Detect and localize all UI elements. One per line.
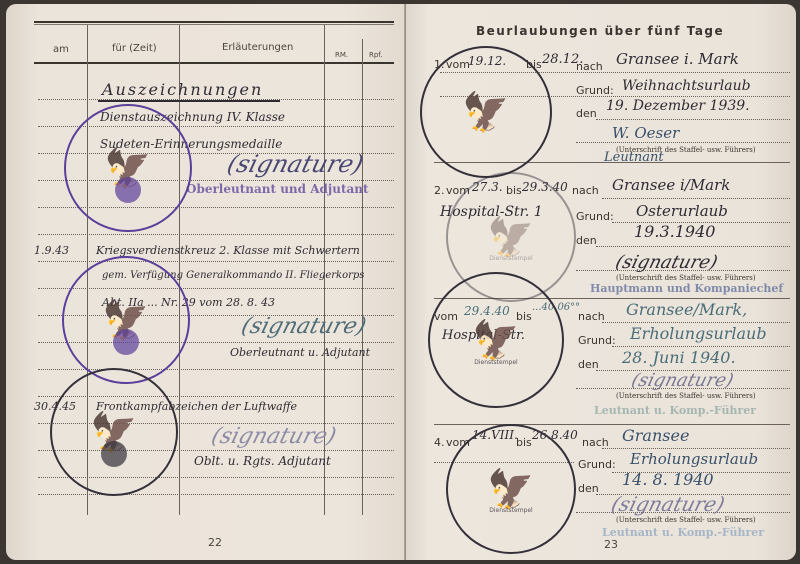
entry-1-signature: W. Oeser xyxy=(612,124,679,142)
label-grund: Grund: xyxy=(578,334,616,347)
signature-caption: (Unterschrift des Staffel- usw. Führers) xyxy=(616,516,756,524)
entry-2-grund: Osterurlaub xyxy=(636,202,728,220)
entry-3-den: 28. Juni 1940. xyxy=(622,348,736,367)
entry-2-nach: Gransee i/Mark xyxy=(612,176,730,194)
rank-stamp-oberleutnant-adjutant: Oberleutnant und Adjutant xyxy=(186,182,369,196)
eagle-seal-icon: 🦅 xyxy=(472,321,519,359)
eagle-seal-icon: 🦅 xyxy=(487,470,534,508)
entry-date-1943: 1.9.43 xyxy=(34,244,69,257)
section-divider xyxy=(434,424,790,425)
label-nach: nach xyxy=(572,184,599,197)
official-stamp-7: 🦅 Dienststempel xyxy=(446,424,576,554)
header-erlaeuterungen: Erläuterungen xyxy=(222,42,293,53)
entry-3-nach: Gransee/Mark, xyxy=(626,300,747,319)
official-stamp-6: 🦅 Dienststempel xyxy=(428,272,564,408)
official-stamp-3: 🦅 xyxy=(50,368,178,496)
label-nach: nach xyxy=(578,310,605,323)
header-bottom-rule xyxy=(34,62,394,64)
official-stamp-2: 🦅 xyxy=(62,256,190,384)
label-den: den xyxy=(576,107,597,120)
left-page: am für (Zeit) Erläuterungen RM. Rpf. Aus… xyxy=(6,4,406,560)
seal-emblem-icon xyxy=(115,177,141,203)
table-top-rule-thin xyxy=(34,24,394,25)
stamp-label: Dienststempel xyxy=(489,507,532,514)
open-booklet: am für (Zeit) Erläuterungen RM. Rpf. Aus… xyxy=(0,0,800,564)
header-am: am xyxy=(53,44,69,55)
rank-stamp-leutnant-1: Leutnant u. Komp.-Führer xyxy=(594,404,756,417)
row-rule xyxy=(576,512,790,513)
rank-stamp-leutnant-2: Leutnant u. Komp.-Führer xyxy=(602,526,764,539)
row-rule xyxy=(576,388,790,389)
stamp-label: Dienststempel xyxy=(489,255,532,262)
row-rule xyxy=(612,346,790,347)
entry-1-den: 19. Dezember 1939. xyxy=(606,98,750,114)
right-page: Beurlaubungen über fünf Tage 1. vom 19.1… xyxy=(406,4,796,560)
entry-4-number: 4. xyxy=(434,436,445,449)
entry-kriegsverdienstkreuz: Kriegsverdienstkreuz 2. Klasse mit Schwe… xyxy=(96,244,360,257)
entry-2-den: 19.3.1940 xyxy=(634,222,715,241)
seal-emblem-icon xyxy=(113,329,139,355)
row-rule xyxy=(596,119,790,120)
stamp-label: Dienststempel xyxy=(474,359,517,366)
table-top-rule xyxy=(34,21,394,23)
signature-3: (signature) xyxy=(209,424,339,449)
entry-1-nach: Gransee i. Mark xyxy=(616,50,739,68)
row-rule xyxy=(602,198,790,199)
entry-3-grund: Erholungsurlaub xyxy=(630,324,767,343)
entry-4-den: 14. 8. 1940 xyxy=(622,470,714,489)
title-oberleutnant-adjutant: Oberleutnant u. Adjutant xyxy=(230,346,370,359)
header-rpf: Rpf. xyxy=(369,51,383,59)
row-rule xyxy=(576,142,790,143)
title-oblt-rgts-adjutant: Oblt. u. Rgts. Adjutant xyxy=(194,454,331,468)
page-number-left: 22 xyxy=(208,536,222,549)
row-rule xyxy=(602,448,790,449)
page-title: Beurlaubungen über fünf Tage xyxy=(476,24,724,38)
entry-1-grund: Weihnachtsurlaub xyxy=(622,78,751,94)
official-stamp-1: 🦅 xyxy=(64,104,192,232)
rank-stamp-hauptmann: Hauptmann und Kompaniechef xyxy=(590,282,783,295)
entry-4-nach: Gransee xyxy=(622,426,689,445)
row-rule xyxy=(602,322,790,323)
signature-2: (signature) xyxy=(239,314,369,339)
page-number-right: 23 xyxy=(604,538,618,551)
row-rule xyxy=(596,246,790,247)
row-rule xyxy=(38,234,394,235)
eagle-seal-icon: 🦅 xyxy=(462,93,509,131)
signature-1: (signature) xyxy=(224,150,366,178)
label-grund: Grund: xyxy=(576,210,614,223)
header-fuer-zeit: für (Zeit) xyxy=(112,43,157,54)
section-title-auszeichnungen: Auszeichnungen xyxy=(102,80,263,99)
header-rm: RM. xyxy=(335,51,348,59)
label-grund: Grund: xyxy=(578,458,616,471)
row-rule xyxy=(576,270,790,271)
row-rule xyxy=(38,494,394,495)
entry-2-number: 2. xyxy=(434,184,445,197)
signature-caption: (Unterschrift des Staffel- usw. Führers) xyxy=(616,274,756,282)
seal-emblem-icon xyxy=(101,441,127,467)
official-stamp-4: 🦅 xyxy=(420,46,552,178)
entry-4-grund: Erholungsurlaub xyxy=(630,450,758,468)
title-underline xyxy=(98,100,280,102)
label-den: den xyxy=(576,234,597,247)
eagle-seal-icon: 🦅 xyxy=(487,218,534,256)
signature-caption: (Unterschrift des Staffel- usw. Führers) xyxy=(616,392,756,400)
row-rule xyxy=(38,261,394,262)
